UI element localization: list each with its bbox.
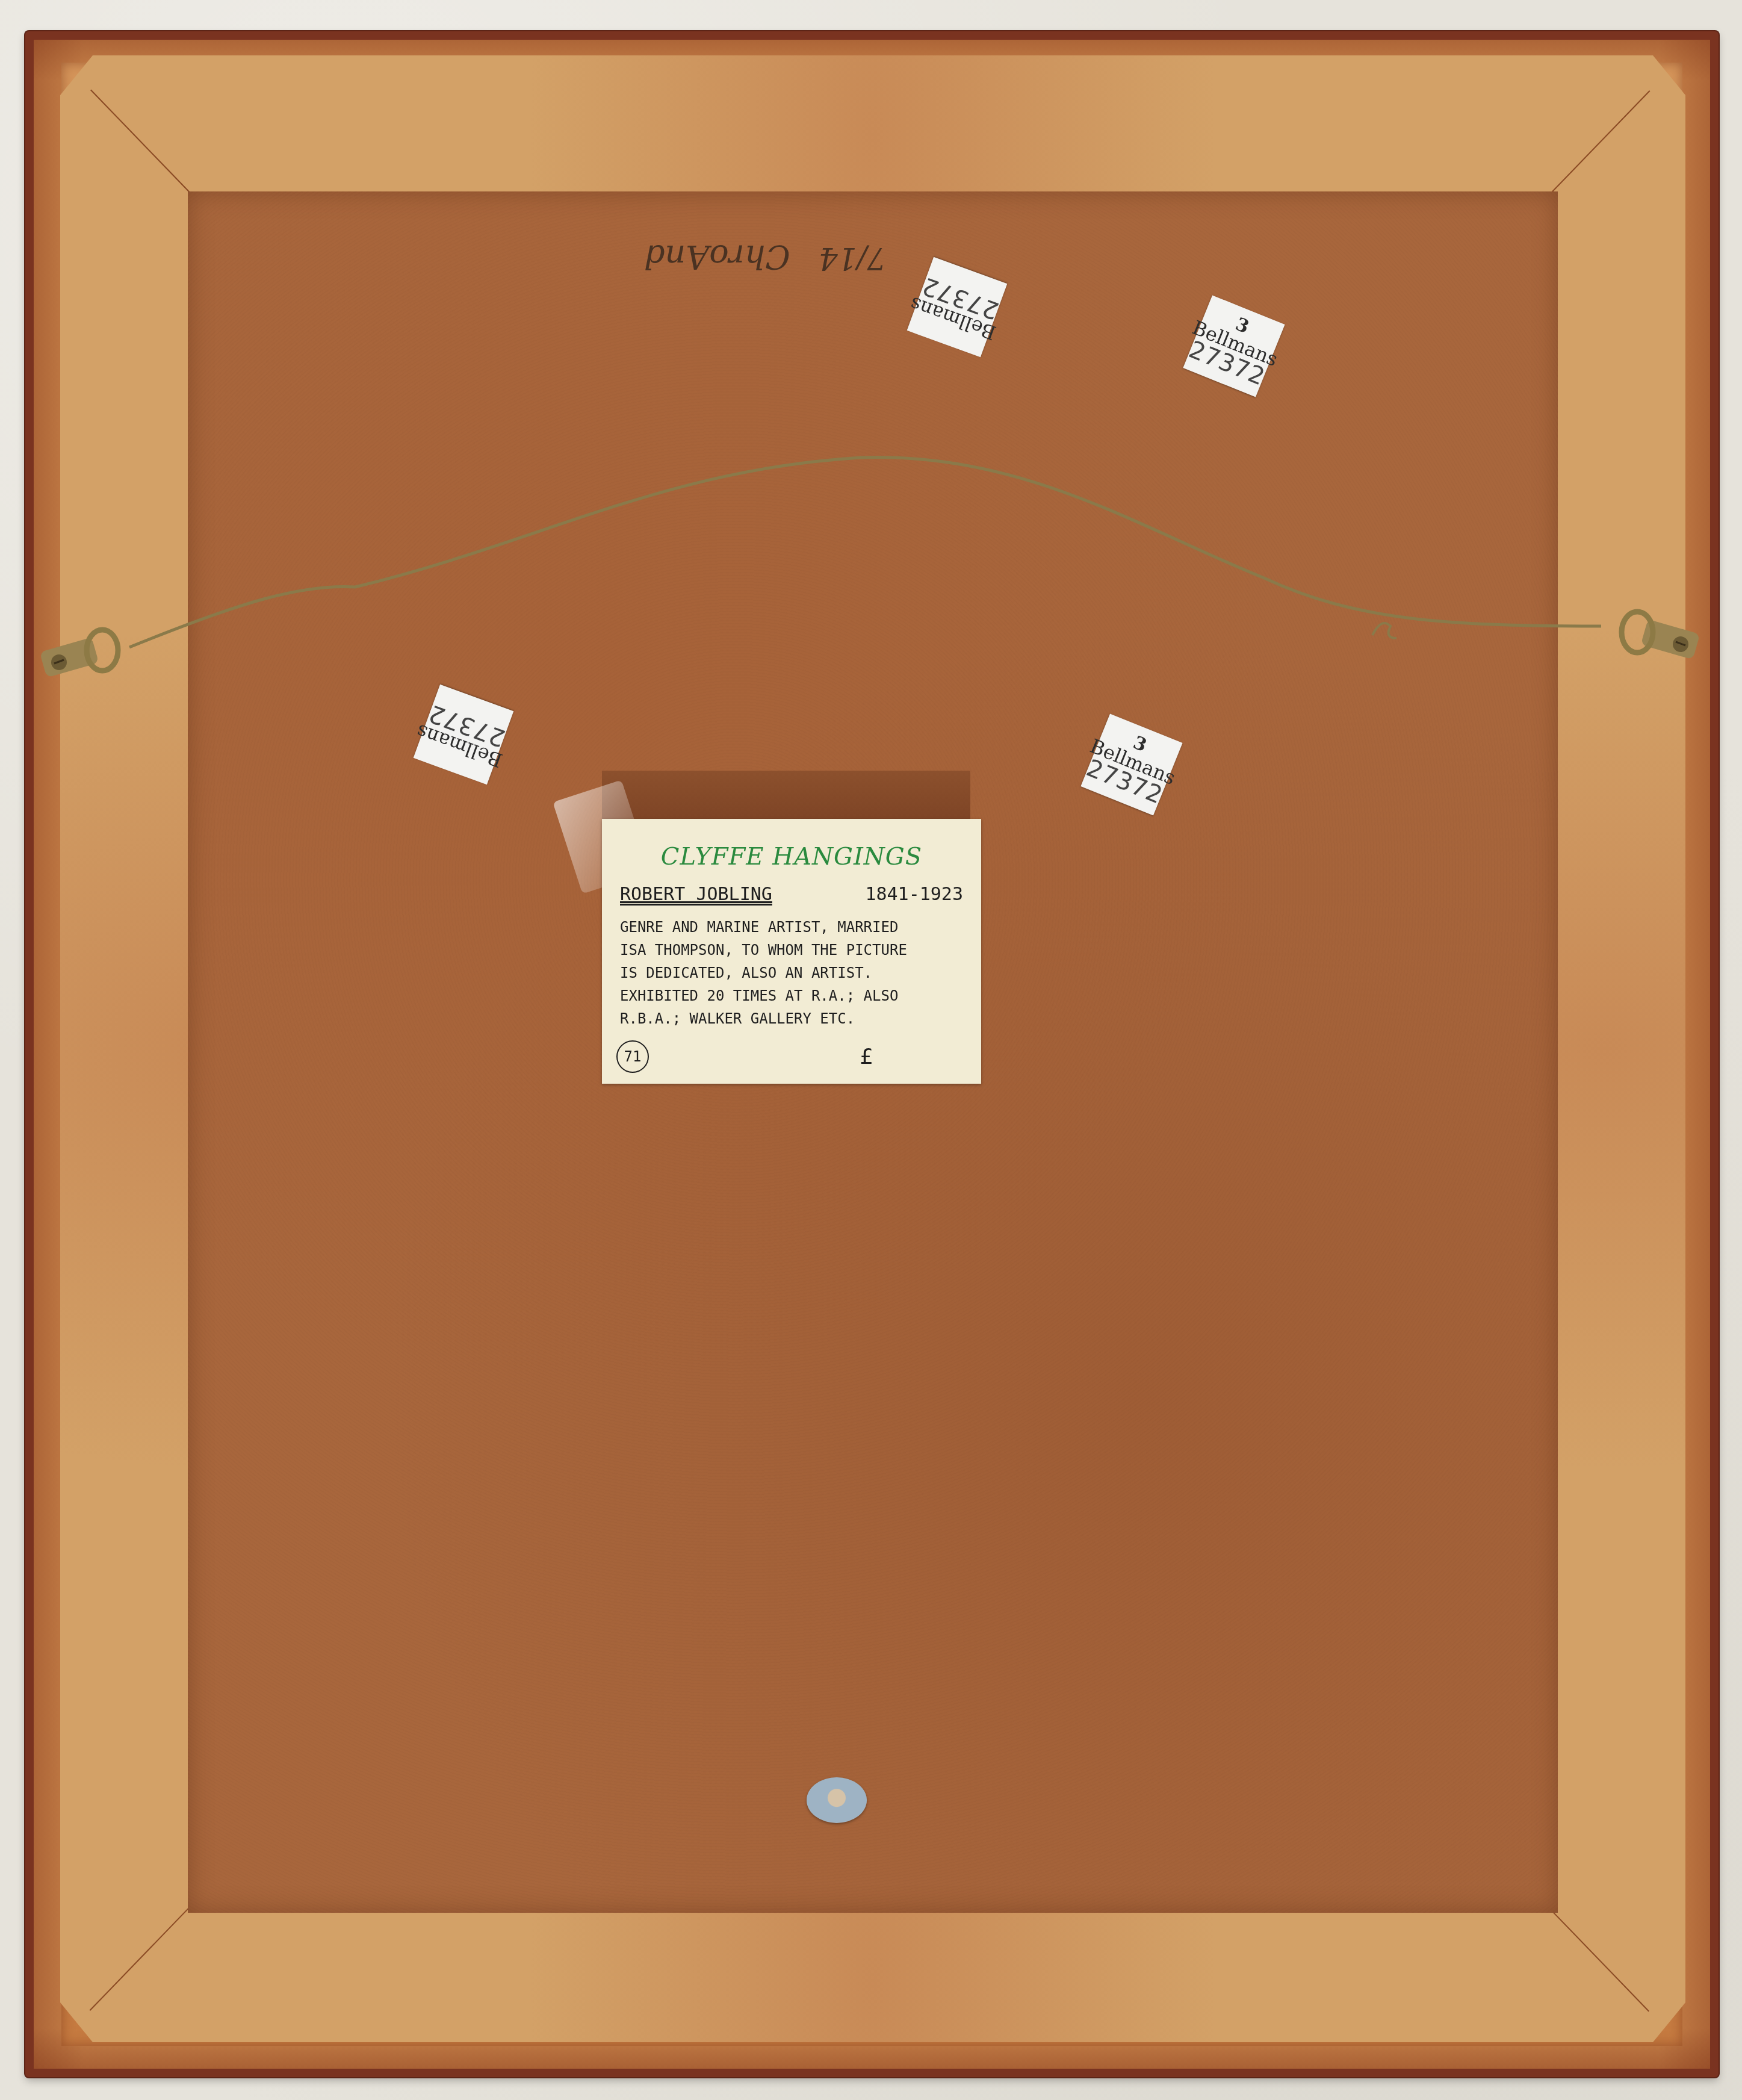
pencil-inscription: ChroAnd xyxy=(644,238,790,276)
label-title: CLYFFE HANGINGS xyxy=(620,843,963,871)
label-price-symbol: £ xyxy=(860,1045,873,1069)
pencil-inscription-fraction: 7/14 xyxy=(819,241,886,276)
label-artist-row: ROBERT JOBLING 1841-1923 xyxy=(620,884,963,905)
label-brown-tape xyxy=(602,771,970,819)
label-artist: ROBERT JOBLING xyxy=(620,884,772,905)
d-ring-hanger-left-icon xyxy=(36,620,126,680)
label-footer: 71 £ xyxy=(616,1040,945,1073)
d-ring-hanger-right-icon xyxy=(1613,602,1703,662)
label-dates: 1841-1923 xyxy=(865,884,963,905)
wall-bumper-disc xyxy=(807,1777,867,1823)
provenance-label: CLYFFE HANGINGS ROBERT JOBLING 1841-1923… xyxy=(602,819,981,1084)
label-catalogue-number: 71 xyxy=(616,1040,649,1073)
label-body: GENRE AND MARINE ARTIST, MARRIED ISA THO… xyxy=(620,916,963,1030)
